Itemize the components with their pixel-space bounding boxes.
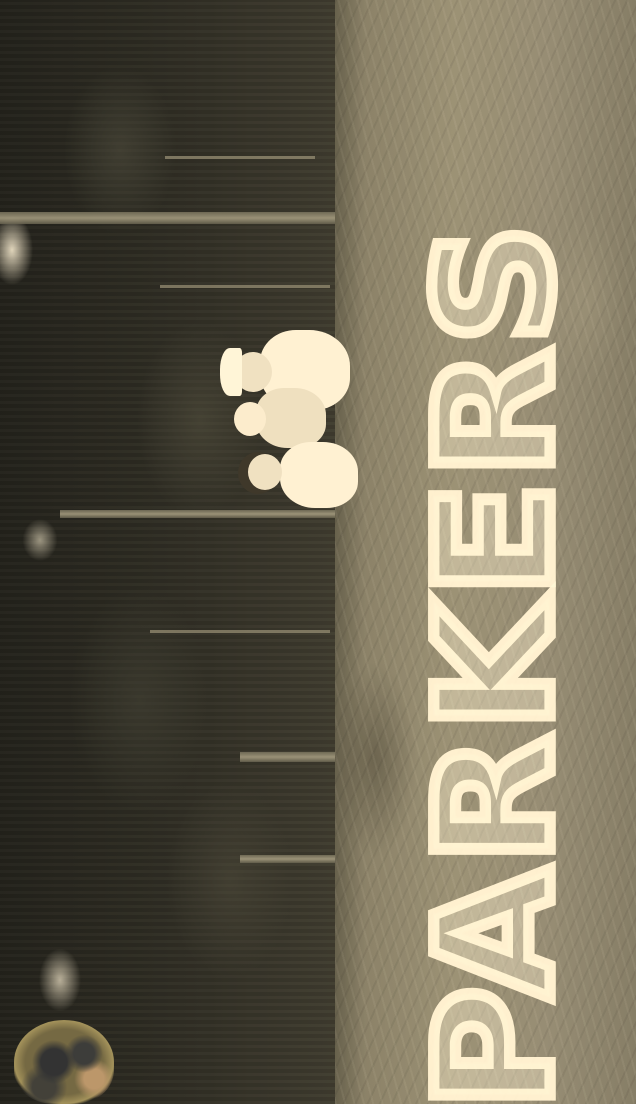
woman-shirt — [280, 442, 358, 508]
family-group — [218, 330, 358, 520]
vintage-photograph: PARKERS — [0, 0, 636, 1104]
tree-trunk — [240, 752, 335, 762]
photo-stain — [14, 1020, 114, 1104]
tree-branch — [150, 630, 330, 633]
tree-trunk — [0, 212, 345, 224]
man-cap — [220, 348, 242, 396]
baby-head — [234, 402, 266, 436]
tree-branch — [165, 156, 315, 159]
tree-trunk — [240, 855, 335, 863]
baby-body — [256, 388, 326, 448]
tree-branch — [160, 285, 330, 288]
forest-background — [0, 0, 345, 1104]
stone-letters: PARKERS — [415, 220, 575, 1104]
stone-letter-sign: PARKERS — [420, 80, 570, 1104]
woman-head — [248, 454, 282, 490]
